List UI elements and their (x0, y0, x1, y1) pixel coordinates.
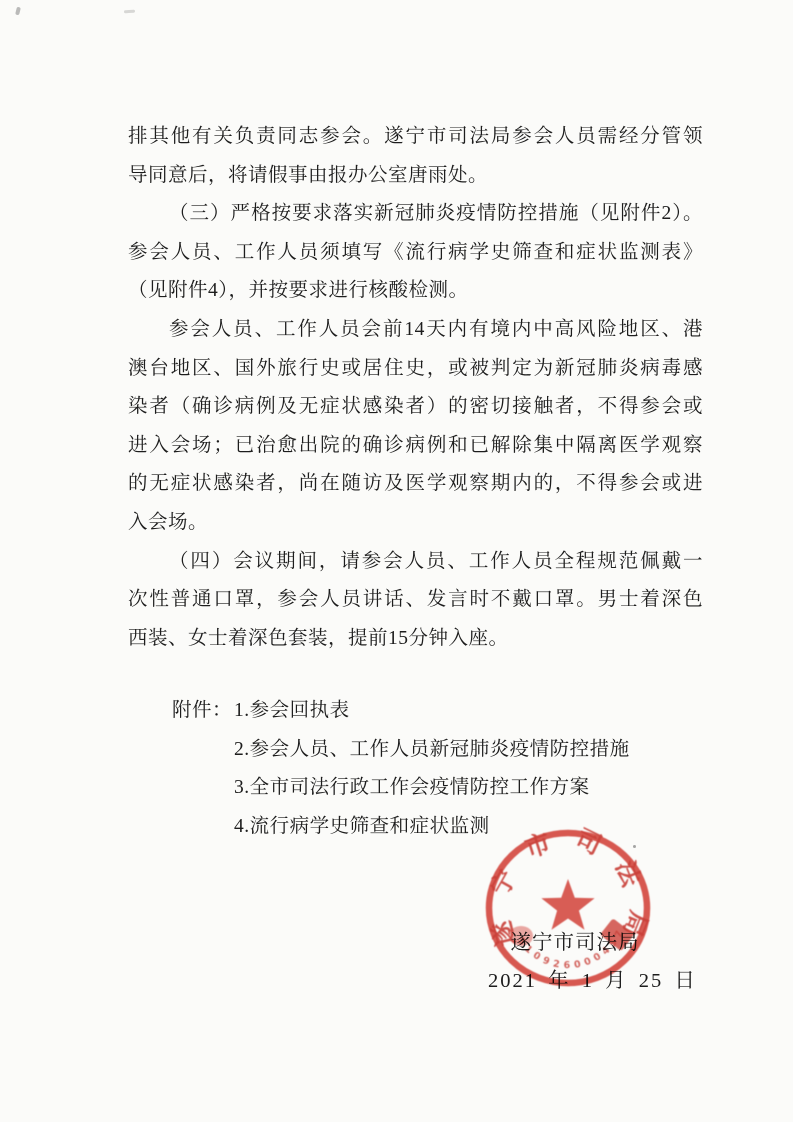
document-body: 排其他有关负责同志参会。遂宁市司法局参会人员需经分管领 导同意后，将请假事由报办… (128, 118, 703, 658)
attachment-row: 4.流行病学史筛查和症状监测 (172, 808, 732, 847)
attachment-item: 1.参会回执表 (234, 692, 350, 731)
body-line: 染者（确诊病例及无症状感染者）的密切接触者，不得参会或 (128, 388, 703, 427)
attachments-label: 附件： (172, 692, 234, 731)
body-line: （见附件4），并按要求进行核酸检测。 (128, 272, 703, 311)
attachment-row: 附件： 1.参会回执表 (172, 692, 732, 731)
body-line: 导同意后，将请假事由报办公室唐雨处。 (128, 157, 703, 196)
attachment-item: 2.参会人员、工作人员新冠肺炎疫情防控措施 (234, 731, 630, 770)
scan-speck (124, 10, 135, 14)
attachments-list: 附件： 1.参会回执表 2.参会人员、工作人员新冠肺炎疫情防控措施 3.全市司法… (172, 692, 732, 846)
attachment-row: 2.参会人员、工作人员新冠肺炎疫情防控措施 (172, 731, 732, 770)
attachment-row: 3.全市司法行政工作会疫情防控工作方案 (172, 769, 732, 808)
seal-star-icon (541, 879, 594, 930)
body-line: 进入会场；已治愈出院的确诊病例和已解除集中隔离医学观察 (128, 427, 703, 466)
scanned-document-page: 排其他有关负责同志参会。遂宁市司法局参会人员需经分管领 导同意后，将请假事由报办… (0, 0, 793, 1122)
scan-speck (15, 7, 21, 16)
body-line: 入会场。 (128, 504, 703, 543)
issuing-organ-name: 遂宁市司法局 (505, 925, 645, 955)
attachment-item: 4.流行病学史筛查和症状监测 (234, 808, 490, 847)
seal-ring (489, 833, 647, 983)
body-line: 澳台地区、国外旅行史或居住史，或被判定为新冠肺炎病毒感 (128, 350, 703, 389)
body-line: 参会人员、工作人员会前14天内有境内中高风险地区、港 (128, 311, 703, 350)
body-line: 次性普通口罩，参会人员讲话、发言时不戴口罩。男士着深色 (128, 581, 703, 620)
body-line: 的无症状感染者，尚在随访及医学观察期内的，不得参会或进 (128, 465, 703, 504)
body-line: 参会人员、工作人员须填写《流行病学史筛查和症状监测表》 (128, 234, 703, 273)
body-line: 西装、女士着深色套装，提前15分钟入座。 (128, 620, 703, 659)
body-line: 排其他有关负责同志参会。遂宁市司法局参会人员需经分管领 (128, 118, 703, 157)
body-line: （四）会议期间，请参会人员、工作人员全程规范佩戴一 (128, 543, 703, 582)
body-line: （三）严格按要求落实新冠肺炎疫情防控措施（见附件2）。 (128, 195, 703, 234)
document-date: 2021 年 1 月 25 日 (488, 963, 673, 993)
attachment-item: 3.全市司法行政工作会疫情防控工作方案 (234, 769, 590, 808)
